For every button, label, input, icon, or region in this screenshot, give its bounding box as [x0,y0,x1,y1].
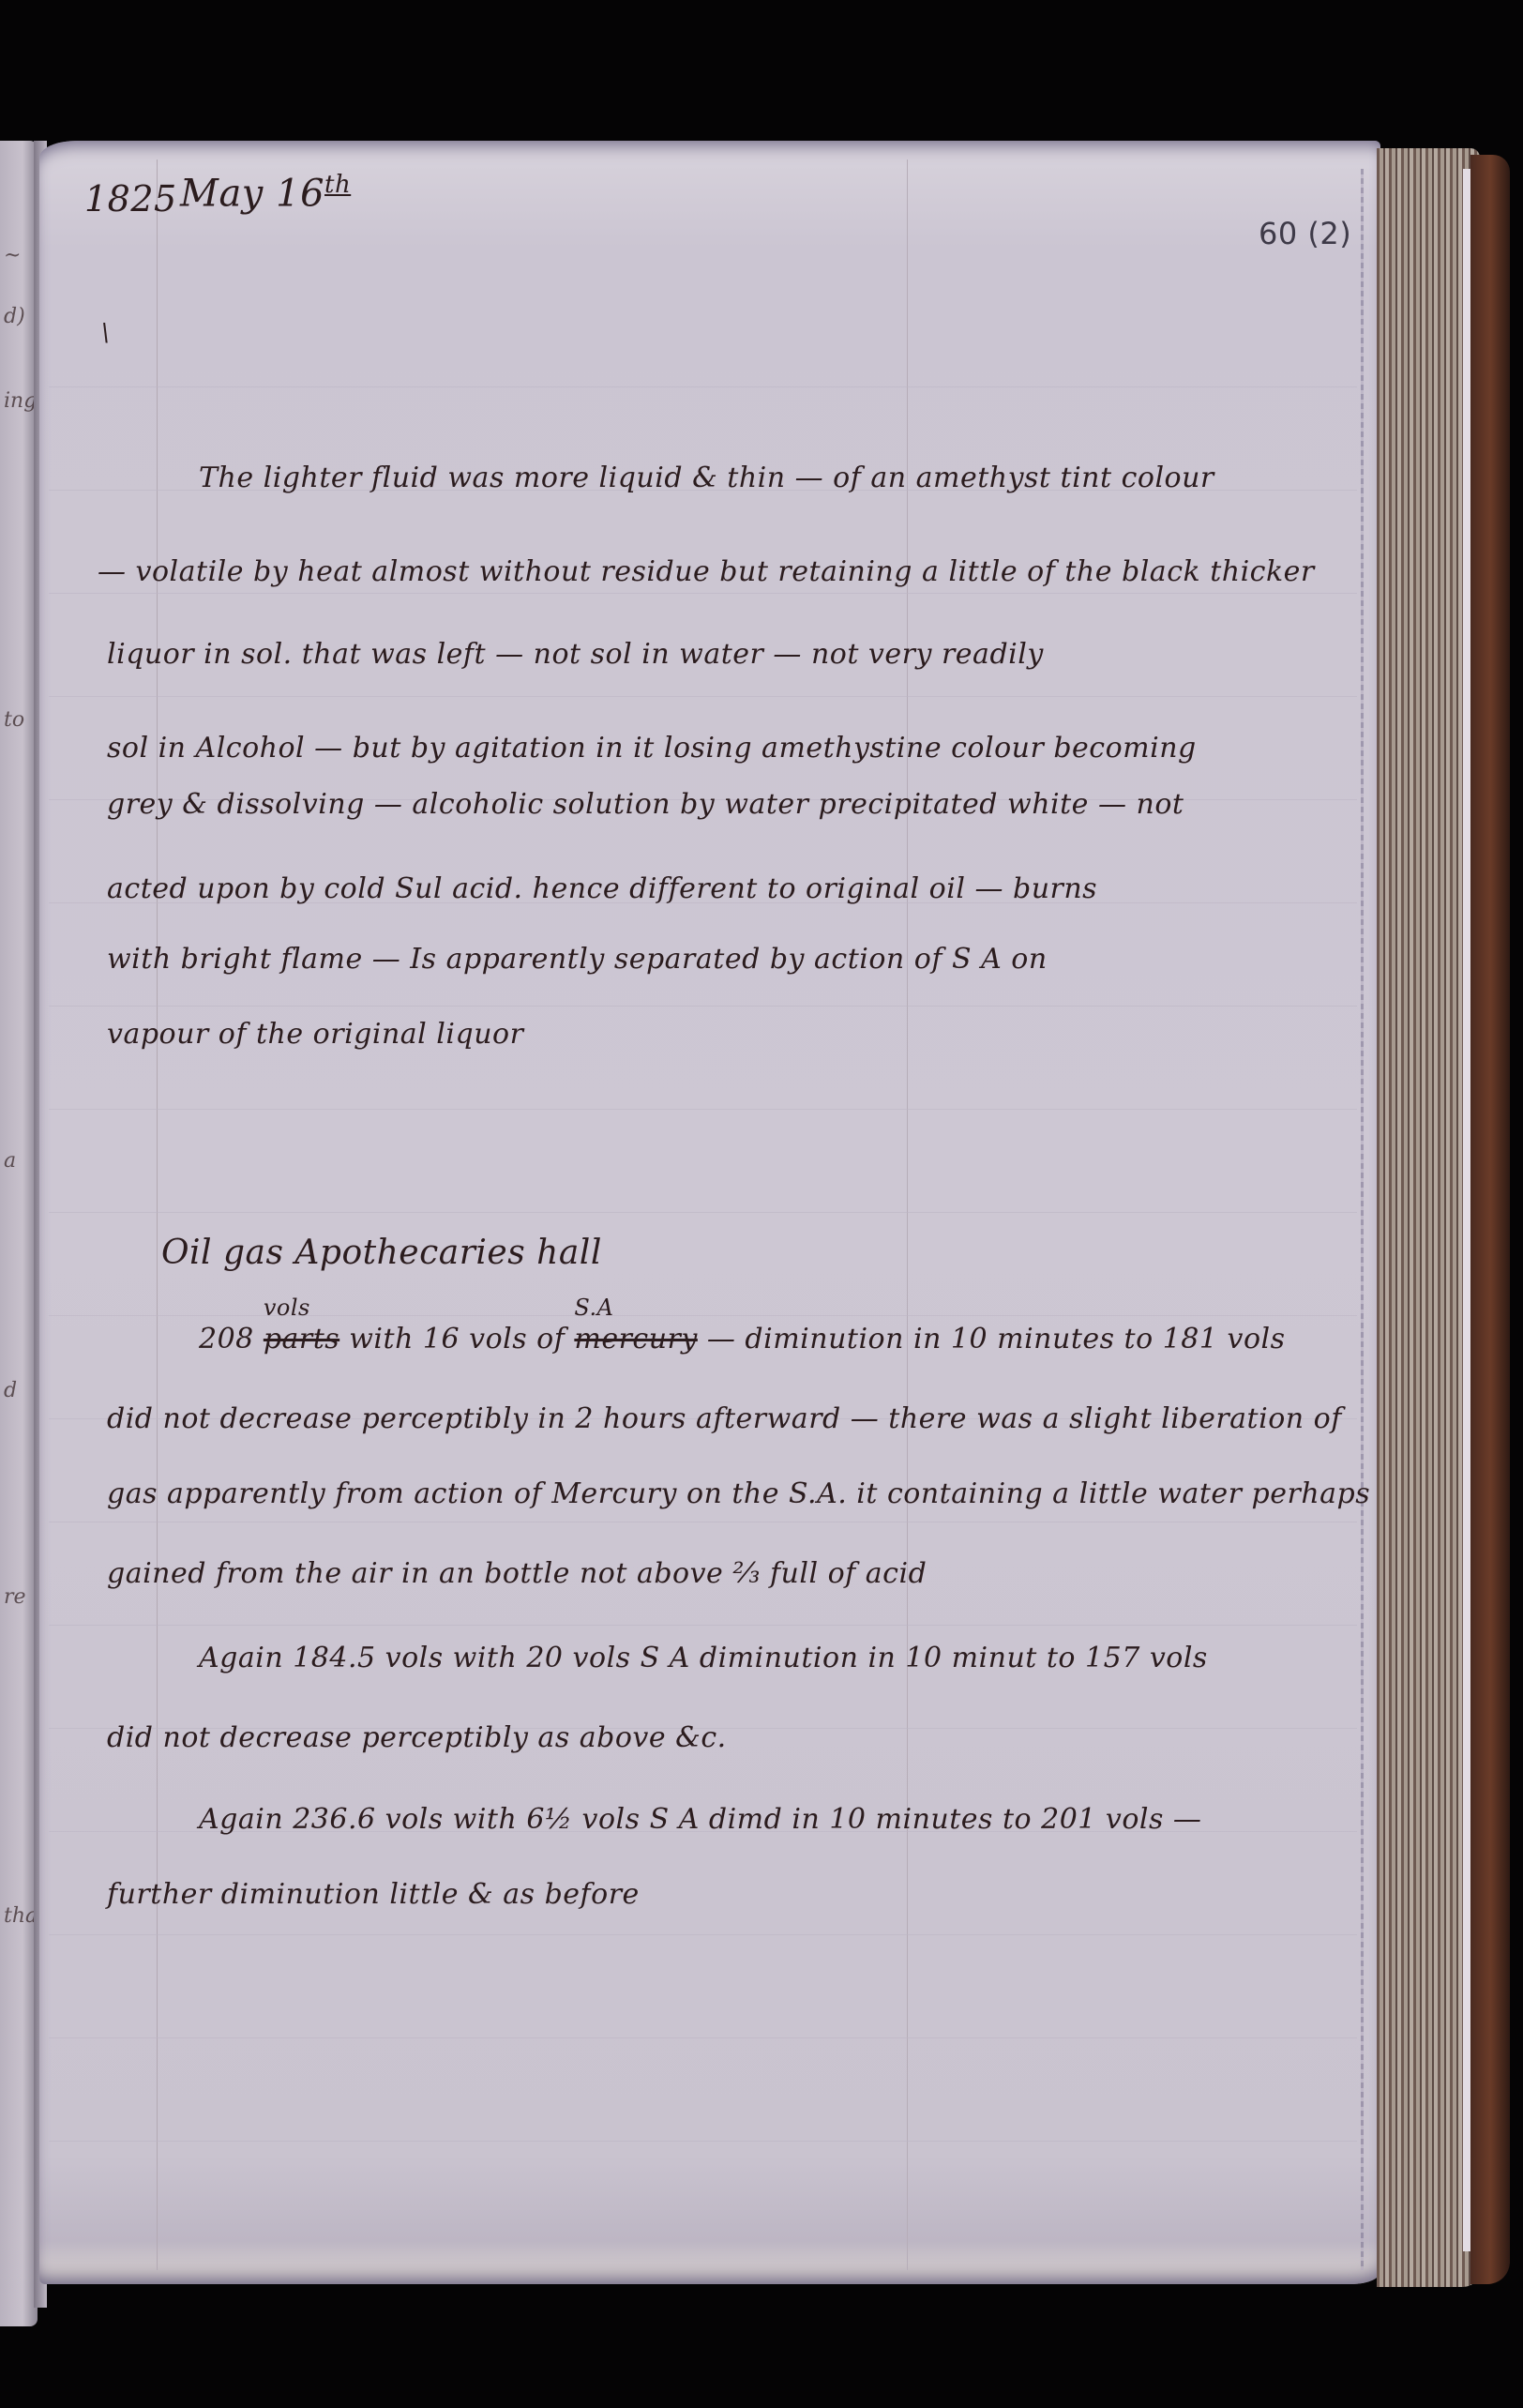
entry-year: 1825 [84,178,177,220]
left-page-fragment: re [4,1585,26,1609]
ruled-line [49,386,1357,387]
left-page-fragment: to [4,708,24,732]
text-line: — volatile by heat almost without residu… [98,555,1315,588]
inserted-word: vols [264,1295,310,1321]
text-line: acted upon by cold Sul acid. hence diffe… [107,872,1097,905]
text-line: further diminution little & as before [107,1878,640,1911]
text-line-with-corrections: 208 partsvols with 16 vols of mercuryS.A… [199,1323,1286,1355]
text-line: The lighter fluid was more liquid & thin… [199,462,1214,494]
entry-date-text: May 16 [180,172,324,215]
left-page-fragment: d) [4,305,25,328]
leather-binding [1470,155,1510,2284]
left-page-fragment: a [4,1149,16,1173]
text-line: Again 236.6 vols with 6½ vols S A dimd i… [199,1803,1201,1836]
text-line: liquor in sol. that was left — not sol i… [107,638,1044,671]
text-fragment: — diminution in 10 minutes to 181 vols [698,1323,1286,1355]
ruled-line [49,2141,1357,2142]
page-edge-shadow [1361,169,1364,2270]
struck-word: parts [264,1323,339,1355]
correction: partsvols [264,1323,339,1355]
text-line: sol in Alcohol — but by agitation in it … [107,732,1197,765]
ruled-line [49,1625,1357,1626]
page-number: 60 (2) [1259,216,1351,251]
left-page-fragment: ing [4,389,37,413]
ruled-line [49,593,1357,594]
section-heading: Oil gas Apothecaries hall [161,1234,602,1272]
left-page-fragment: tha [4,1904,38,1928]
ruled-line [49,1006,1357,1007]
entry-date-suffix: th [324,171,351,199]
ruled-line [49,1109,1357,1110]
text-line: gas apparently from action of Mercury on… [107,1477,1370,1510]
ruled-line [49,1212,1357,1213]
correction: mercuryS.A [574,1323,697,1355]
text-line: did not decrease perceptibly in 2 hours … [107,1402,1342,1435]
margin-rule [157,159,158,2270]
ruled-line [49,1522,1357,1522]
notebook-page: 1825 May 16th 60 (2) \ The lighter fluid… [39,141,1380,2284]
ruled-line [49,696,1357,697]
ruled-line [49,1934,1357,1935]
left-page-fragment: d [4,1379,17,1402]
ruled-line [49,1315,1357,1316]
page-block-highlight [1463,169,1470,2251]
stray-mark: \ [101,319,110,347]
inserted-word: S.A [574,1295,613,1321]
text-fragment: 208 [199,1323,254,1355]
text-line: vapour of the original liquor [107,1018,523,1051]
ruled-line [49,2037,1357,2038]
text-fragment: with 16 vols of [339,1323,574,1355]
text-line: with bright flame — Is apparently separa… [107,943,1048,976]
text-line: did not decrease perceptibly as above &c… [107,1721,727,1754]
struck-word: mercury [574,1323,697,1355]
left-page-fragment: ~ [4,244,21,267]
left-page-edge: ~ d) ing to a d re tha [0,141,38,2326]
entry-date: May 16th [180,171,351,215]
text-line: grey & dissolving — alcoholic solution b… [107,788,1184,821]
text-line: gained from the air in an bottle not abo… [107,1557,927,1590]
text-line: Again 184.5 vols with 20 vols S A diminu… [199,1642,1208,1674]
